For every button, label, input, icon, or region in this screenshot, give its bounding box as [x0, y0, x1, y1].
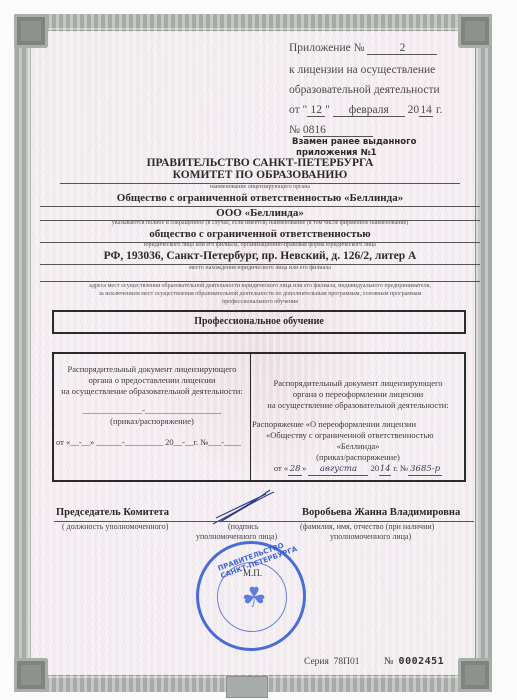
- corner-ornament-icon: [458, 658, 492, 692]
- left-cell-date: от «__-__» ______-_________ 20__-__г. №_…: [54, 437, 250, 448]
- appendix-day: 12: [307, 104, 325, 117]
- order-month: августа: [308, 464, 368, 476]
- corner-ornament-icon: [14, 14, 48, 48]
- appendix-line2: образовательной деятельности: [289, 84, 440, 96]
- corner-ornament-icon: [14, 658, 48, 692]
- appendix-month: февраля: [333, 104, 405, 117]
- licensee-short-name: ООО «Беллинда»: [40, 207, 480, 219]
- table-divider: [250, 354, 251, 480]
- program-box: Профессиональное обучение: [52, 310, 466, 334]
- date-prefix: от: [289, 104, 300, 116]
- left-cell-blank: ______________-__________________: [54, 405, 250, 416]
- legal-form-hint: юридического лица или его филиала, орган…: [40, 242, 480, 248]
- appendix-year: 14: [419, 104, 433, 117]
- address-hint: место нахождения юридического лица или е…: [40, 265, 480, 271]
- right-cell-line1: Распорядительный документ лицензирующего: [252, 378, 464, 389]
- order-year: 14: [379, 464, 391, 476]
- order-day: 28: [288, 464, 302, 476]
- year-prefix: 20: [371, 463, 380, 473]
- places-hint-line1: адреса мест осуществления образовательно…: [40, 283, 480, 289]
- name-hint-line1: (фамилия, имя, отчество (при наличии): [300, 522, 434, 531]
- left-cell: Распорядительный документ лицензирующего…: [54, 364, 250, 448]
- seal-placeholder-label: М.П.: [243, 568, 262, 578]
- right-cell-doc-type: (приказ/распоряжение): [252, 452, 464, 463]
- position-hint: ( должность уполномоченного): [62, 522, 168, 531]
- series-label: Серия: [304, 657, 329, 667]
- hologram-plate: [226, 676, 268, 698]
- left-cell-doc-type: (приказ/распоряжение): [54, 416, 250, 427]
- order-number: 3685-р: [408, 464, 442, 476]
- date-prefix: от «: [274, 463, 288, 473]
- appendix-line1: к лицензии на осуществление: [289, 64, 435, 76]
- licensee-legal-form: общество с ограниченной ответственностью: [40, 228, 480, 240]
- name-hint-line2: уполномоченного лица): [330, 532, 411, 541]
- year-prefix: 20: [408, 104, 420, 116]
- corner-ornament-icon: [458, 14, 492, 48]
- form-number: № 0002451: [384, 656, 444, 667]
- year-unit: г.: [436, 104, 442, 116]
- replaces-line1: Взамен ранее выданного: [292, 137, 416, 147]
- sign-hint-line1: (подпись: [228, 522, 259, 531]
- licensee-full-name: Общество с ограниченной ответственностью…: [40, 192, 480, 204]
- authority-line1: ПРАВИТЕЛЬСТВО САНКТ-ПЕТЕРБУРГА: [40, 157, 480, 169]
- form-series: Серия 78П01: [304, 657, 360, 667]
- series-value: 78П01: [334, 657, 360, 667]
- right-cell-line3: на осуществление образовательной деятель…: [252, 400, 464, 411]
- number-value: 0002451: [399, 656, 445, 667]
- order-line2: «Обществу с ограниченной ответственность…: [252, 430, 464, 441]
- right-cell-line2: органа о переоформлении лицензии: [252, 389, 464, 400]
- appendix-date: от "12" февраля 2014 г.: [289, 104, 442, 117]
- appendix-number: 2: [367, 42, 437, 55]
- number-prefix: г. №: [393, 463, 408, 473]
- double-headed-eagle-icon: ☘: [239, 582, 269, 616]
- left-cell-line2: органа о предоставлении лицензии: [54, 375, 250, 386]
- appendix-reg: № 0816: [289, 124, 373, 137]
- places-hint-line2: за исключением мест осуществления образо…: [40, 291, 480, 297]
- sign-hint-line2: уполномоченного лица): [196, 532, 277, 541]
- signatory-name: Воробьева Жанна Владимировна: [302, 507, 460, 518]
- names-hint: указываются полное и сокращенное (в случ…: [40, 220, 480, 226]
- order-line1: Распоряжение «О переоформлении лицензии: [252, 419, 464, 430]
- appendix-label: Приложение №: [289, 42, 365, 54]
- program-name: Профессиональное обучение: [54, 316, 464, 327]
- number-label: №: [384, 656, 394, 667]
- order-line3: «Беллинда»: [252, 441, 464, 452]
- left-cell-line3: на осуществление образовательной деятель…: [54, 386, 250, 397]
- left-cell-line1: Распорядительный документ лицензирующего: [54, 364, 250, 375]
- day-close: »: [302, 463, 306, 473]
- right-cell-date: от «28» августа 2014 г. №3685-р: [252, 463, 464, 476]
- places-hint-line3: профессионального обучения: [40, 299, 480, 305]
- authority-line2: КОМИТЕТ ПО ОБРАЗОВАНИЮ: [40, 169, 480, 181]
- appendix-reg-number: 0816: [303, 124, 373, 137]
- licensee-address: РФ, 193036, Санкт-Петербург, пр. Невский…: [40, 250, 480, 262]
- divider: [40, 281, 480, 282]
- authority-hint: наименование лицензирующего органа: [40, 184, 480, 190]
- right-cell: Распорядительный документ лицензирующего…: [252, 378, 464, 476]
- documents-table: Распорядительный документ лицензирующего…: [52, 352, 466, 482]
- reg-prefix: №: [289, 124, 300, 136]
- appendix-number-line: Приложение № 2: [289, 42, 437, 55]
- signatory-position: Председатель Комитета: [56, 507, 169, 518]
- official-seal: ПРАВИТЕЛЬСТВО САНКТ-ПЕТЕРБУРГА ☘ М.П.: [196, 541, 306, 651]
